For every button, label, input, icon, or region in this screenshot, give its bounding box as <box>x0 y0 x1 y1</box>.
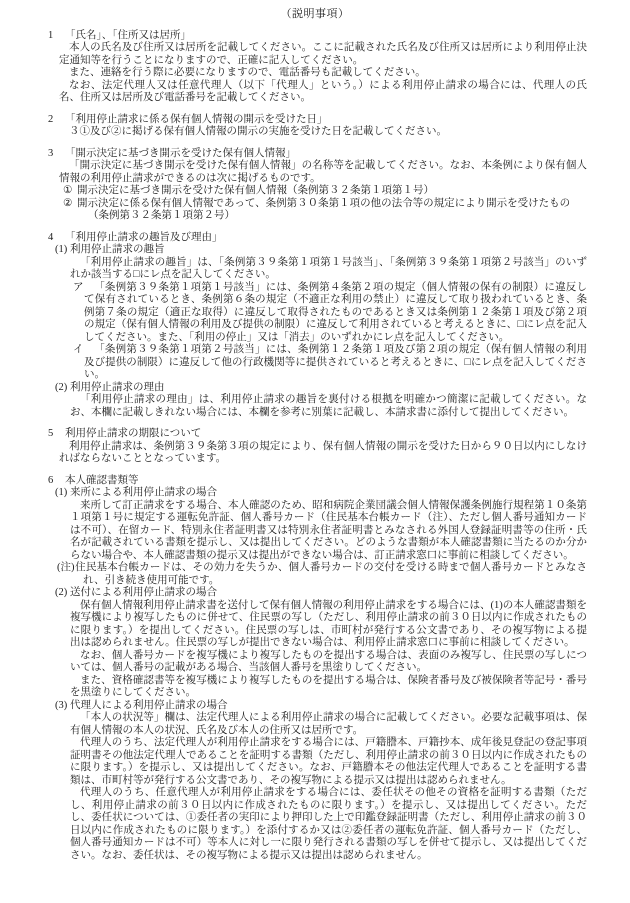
block-text: 「利用停止請求の趣旨及び理由」 <box>65 232 223 243</box>
block-text: 「開示決定に基づき開示を受けた保有個人情報」 <box>65 148 296 159</box>
block-text: 利用停止請求の期限について <box>65 428 201 439</box>
block-text: なお、法定代理人又は任意代理人（以下「代理人」という。）による利用停止請求の場合… <box>59 80 587 104</box>
block-text: 利用停止請求の理由 <box>70 382 165 393</box>
block-text: 代理人のうち、法定代理人が利用停止請求をする場合には、戸籍謄本、戸籍抄本、成年後… <box>70 737 587 786</box>
block-text: 開示決定に基づき開示を受けた保有個人情報（条例第３２条第１項第１号） <box>77 185 434 196</box>
block-text: 住民基本台帳カードは、その効力を失うか、個人番号カードの交付を受ける時まで個人番… <box>75 562 587 586</box>
block-marker: (2) <box>55 587 70 600</box>
doc-block-ci: ②開示決定に係る保有個人情報であって、条例第３０条第１項の他の法令等の規定により… <box>77 198 587 211</box>
block-text: 本人確認書類等 <box>65 475 139 486</box>
doc-block-note: (注)住民基本台帳カードは、その効力を失うか、個人番号カードの交付を受ける時まで… <box>83 562 587 587</box>
block-text: 「条例第３９条第１項第１号該当」には、条例第４条第２項の規定（個人情報の保有の制… <box>84 282 587 343</box>
doc-block-pn: (2)利用停止請求の理由 <box>70 382 587 395</box>
doc-block-sec: 6本人確認書類等 <box>65 475 587 488</box>
block-text: なお、個人番号カードを複写機により複写したものを提出する場合は、表面のみ複写し、… <box>70 650 587 674</box>
block-marker: 2 <box>48 114 65 127</box>
doc-block-sec: 1「氏名」、「住所又は居所」 <box>65 30 587 43</box>
doc-block-ka: イ「条例第３９条第１項第２号該当」には、条例第１２条第１項及び第２項の規定（保有… <box>84 344 587 382</box>
block-text: 来所して訂正請求をする場合、本人確認のため、昭和病院企業団議会個人情報保護条例施… <box>70 500 587 561</box>
block-marker: 6 <box>48 475 65 488</box>
block-text: 代理人による利用停止請求の場合 <box>70 700 228 711</box>
block-text: 本人の氏名及び住所又は居所を記載してください。ここに記載された氏名及び住所又は居… <box>59 42 587 66</box>
doc-block-pn: (3)代理人による利用停止請求の場合 <box>70 700 587 713</box>
document-page: （説明事項） 1「氏名」、「住所又は居所」本人の氏名及び住所又は居所を記載してく… <box>0 0 630 903</box>
doc-block-p1: なお、法定代理人又は任意代理人（以下「代理人」という。）による利用停止請求の場合… <box>59 80 587 105</box>
document-title: （説明事項） <box>0 8 630 21</box>
block-text: 「利用停止請求に係る保有個人情報の開示を受けた日」 <box>65 114 328 125</box>
doc-block-deep: （条例第３２条第１項第２号） <box>88 210 587 223</box>
doc-block-p2: また、資格確認書等を複写機により複写したものを提出する場合は、保険者番号及び被保… <box>70 675 587 700</box>
block-text: 「利用停止請求の理由」は、利用停止請求の趣旨を裏付ける根拠を明確かつ簡潔に記載し… <box>70 394 587 418</box>
doc-block-p1: 利用停止請求は、条例第３９条第３項の規定により、保有個人情報の開示を受けた日から… <box>59 441 587 466</box>
block-text: 利用停止請求の趣旨 <box>70 244 165 255</box>
section-gap <box>0 466 587 475</box>
doc-block-p2: 代理人のうち、法定代理人が利用停止請求をする場合には、戸籍謄本、戸籍抄本、成年後… <box>70 737 587 787</box>
doc-block-ka: ア「条例第３９条第１項第１号該当」には、条例第４条第２項の規定（個人情報の保有の… <box>84 282 587 345</box>
doc-block-p1: 「開示決定に基づき開示を受けた保有個人情報」の名称等を記載してください。なお、本… <box>59 160 587 185</box>
doc-block-sec: 3「開示決定に基づき開示を受けた保有個人情報」 <box>65 148 587 161</box>
block-marker: 3 <box>48 148 65 161</box>
block-text: 「開示決定に基づき開示を受けた保有個人情報」の名称等を記載してください。なお、本… <box>59 160 587 184</box>
doc-block-p2: 保有個人情報利用停止請求書を送付して保有個人情報の利用停止請求をする場合には、(… <box>70 600 587 650</box>
section-gap <box>0 419 587 428</box>
block-text: また、資格確認書等を複写機により複写したものを提出する場合は、保険者番号及び被保… <box>70 675 587 699</box>
block-text: （条例第３２条第１項第２号） <box>88 210 235 221</box>
block-text: 保有個人情報利用停止請求書を送付して保有個人情報の利用停止請求をする場合には、(… <box>70 600 587 649</box>
block-marker: ① <box>63 185 77 198</box>
block-text: 代理人のうち、任意代理人が利用停止請求をする場合には、委任状その他その資格を証明… <box>70 787 587 861</box>
doc-block-p2: なお、個人番号カードを複写機により複写したものを提出する場合は、表面のみ複写し、… <box>70 650 587 675</box>
block-marker: (2) <box>55 382 70 395</box>
block-text: ３①及び②に掲げる保有個人情報の開示の実施を受けた日を記載してください。 <box>69 126 447 137</box>
document-body: 1「氏名」、「住所又は居所」本人の氏名及び住所又は居所を記載してください。ここに… <box>0 30 630 863</box>
section-gap <box>0 223 587 232</box>
block-text: 利用停止請求は、条例第３９条第３項の規定により、保有個人情報の開示を受けた日から… <box>59 441 587 465</box>
doc-block-p1: また、連絡を行う際に必要になりますので、電話番号も記載してください。 <box>59 67 587 80</box>
doc-block-p1: 本人の氏名及び住所又は居所を記載してください。ここに記載された氏名及び住所又は居… <box>59 42 587 67</box>
doc-block-pn: (1)利用停止請求の趣旨 <box>70 244 587 257</box>
block-marker: イ <box>73 344 94 357</box>
block-marker: ア <box>73 282 94 295</box>
block-text: 送付による利用停止請求の場合 <box>70 587 217 598</box>
doc-block-sec: 4「利用停止請求の趣旨及び理由」 <box>65 232 587 245</box>
block-text: 来所による利用停止請求の場合 <box>70 487 217 498</box>
block-marker: (1) <box>55 487 70 500</box>
block-marker: ② <box>63 198 77 211</box>
block-text: 開示決定に係る保有個人情報であって、条例第３０条第１項の他の法令等の規定により開… <box>77 198 570 209</box>
doc-block-sec: 5利用停止請求の期限について <box>65 428 587 441</box>
block-marker: (1) <box>55 244 70 257</box>
doc-block-p2: 来所して訂正請求をする場合、本人確認のため、昭和病院企業団議会個人情報保護条例施… <box>70 500 587 563</box>
doc-block-p2: 「利用停止請求の趣旨」は、「条例第３９条第１項第１号該当」、「条例第３９条第１項… <box>70 257 587 282</box>
block-marker: 5 <box>48 428 65 441</box>
block-marker: (注) <box>57 562 75 575</box>
block-text: 「条例第３９条第１項第２号該当」には、条例第１２条第１項及び第２項の規定（保有個… <box>84 344 587 380</box>
doc-block-p1: ３①及び②に掲げる保有個人情報の開示の実施を受けた日を記載してください。 <box>59 126 587 139</box>
block-marker: 4 <box>48 232 65 245</box>
block-text: 「本人の状況等」欄は、法定代理人による利用停止請求の場合に記載してください。必要… <box>70 712 587 736</box>
doc-block-p2: 「利用停止請求の理由」は、利用停止請求の趣旨を裏付ける根拠を明確かつ簡潔に記載し… <box>70 394 587 419</box>
doc-block-p2: 代理人のうち、任意代理人が利用停止請求をする場合には、委任状その他その資格を証明… <box>70 787 587 862</box>
block-marker: (3) <box>55 700 70 713</box>
block-text: 「利用停止請求の趣旨」は、「条例第３９条第１項第１号該当」、「条例第３９条第１項… <box>70 257 587 281</box>
block-text: また、連絡を行う際に必要になりますので、電話番号も記載してください。 <box>69 67 426 78</box>
doc-block-p2: 「本人の状況等」欄は、法定代理人による利用停止請求の場合に記載してください。必要… <box>70 712 587 737</box>
doc-block-pn: (2)送付による利用停止請求の場合 <box>70 587 587 600</box>
block-marker: 1 <box>48 30 65 43</box>
section-gap <box>0 139 587 148</box>
doc-block-ci: ①開示決定に基づき開示を受けた保有個人情報（条例第３２条第１項第１号） <box>77 185 587 198</box>
doc-block-pn: (1)来所による利用停止請求の場合 <box>70 487 587 500</box>
section-gap <box>0 105 587 114</box>
block-text: 「氏名」、「住所又は居所」 <box>65 30 191 41</box>
doc-block-sec: 2「利用停止請求に係る保有個人情報の開示を受けた日」 <box>65 114 587 127</box>
